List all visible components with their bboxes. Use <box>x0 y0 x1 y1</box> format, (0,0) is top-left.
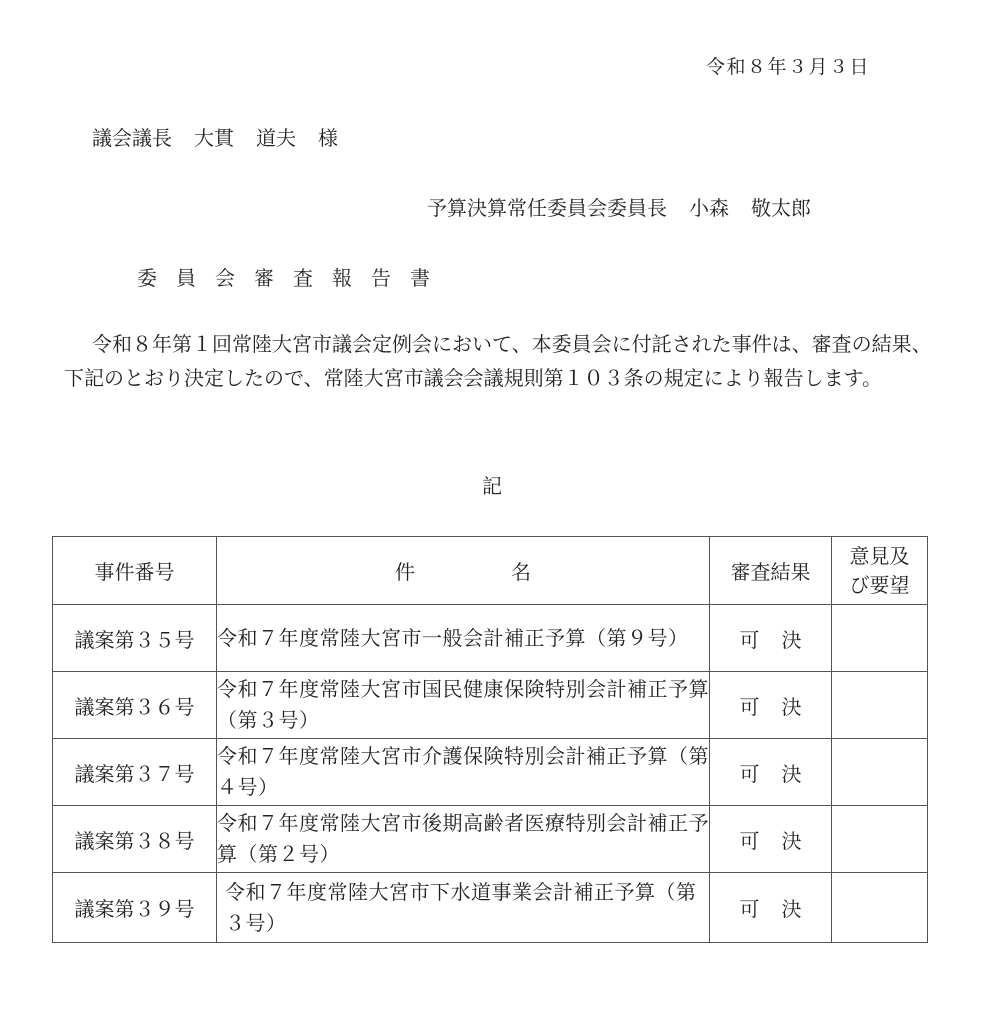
case-result: 可決 <box>710 672 832 739</box>
ki-heading: 記 <box>482 470 502 499</box>
sender-title: 予算決算常任委員会委員長 <box>427 196 667 220</box>
result-char-2: 決 <box>782 897 802 921</box>
case-number: 議案第３５号 <box>53 605 217 672</box>
addressee-title: 議会議長 <box>92 126 172 150</box>
case-subject: 令和７年度常陸大宮市国民健康保険特別会計補正予算（第３号） <box>217 672 710 739</box>
result-char-2: 決 <box>782 695 802 719</box>
case-result: 可決 <box>710 605 832 672</box>
header-subject-right: 名 <box>511 560 531 584</box>
table-row: 議案第３７号 令和７年度常陸大宮市介護保険特別会計補正予算（第４号） 可決 <box>53 739 928 806</box>
result-char-2: 決 <box>782 829 802 853</box>
result-char-1: 可 <box>740 695 760 719</box>
case-opinion <box>832 806 928 873</box>
addressee: 議会議長大貫道夫様 <box>92 122 338 151</box>
result-char-1: 可 <box>740 628 760 652</box>
header-opinion: 意見及 び要望 <box>832 537 928 605</box>
case-result: 可決 <box>710 873 832 943</box>
addressee-honorific: 様 <box>318 126 338 150</box>
result-char-2: 決 <box>782 762 802 786</box>
case-number: 議案第３８号 <box>53 806 217 873</box>
case-number: 議案第３７号 <box>53 739 217 806</box>
table-row: 議案第３５号 令和７年度常陸大宮市一般会計補正予算（第９号） 可決 <box>53 605 928 672</box>
case-subject: 令和７年度常陸大宮市下水道事業会計補正予算（第３号） <box>217 873 710 943</box>
header-opinion-line1: 意見及 <box>832 542 927 571</box>
case-opinion <box>832 739 928 806</box>
report-body: 令和８年第１回常陸大宮市議会定例会において、本委員会に付託された事件は、審査の結… <box>64 327 934 395</box>
table-header-row: 事件番号 件名 審査結果 意見及 び要望 <box>53 537 928 605</box>
case-number: 議案第３９号 <box>53 873 217 943</box>
report-title: 委員会審査報告書 <box>137 262 449 291</box>
table-row: 議案第３８号 令和７年度常陸大宮市後期高齢者医療特別会計補正予算（第２号） 可決 <box>53 806 928 873</box>
result-char-1: 可 <box>740 897 760 921</box>
case-result: 可決 <box>710 739 832 806</box>
case-subject: 令和７年度常陸大宮市一般会計補正予算（第９号） <box>217 605 710 672</box>
sender-surname: 小森 <box>689 196 729 220</box>
header-result: 審査結果 <box>710 537 832 605</box>
header-subject: 件名 <box>217 537 710 605</box>
header-subject-left: 件 <box>395 560 415 584</box>
result-char-1: 可 <box>740 829 760 853</box>
results-table: 事件番号 件名 審査結果 意見及 び要望 議案第３５号 令和７年度常陸大宮市一般… <box>52 536 928 943</box>
case-opinion <box>832 873 928 943</box>
case-opinion <box>832 672 928 739</box>
result-char-2: 決 <box>782 628 802 652</box>
table-row: 議案第３９号 令和７年度常陸大宮市下水道事業会計補正予算（第３号） 可決 <box>53 873 928 943</box>
case-opinion <box>832 605 928 672</box>
case-subject: 令和７年度常陸大宮市介護保険特別会計補正予算（第４号） <box>217 739 710 806</box>
case-number: 議案第３６号 <box>53 672 217 739</box>
addressee-surname: 大貫 <box>194 126 234 150</box>
sender-given-name: 敬太郎 <box>751 196 811 220</box>
report-date: 令和８年３月３日 <box>706 52 870 79</box>
header-case-number: 事件番号 <box>53 537 217 605</box>
table-row: 議案第３６号 令和７年度常陸大宮市国民健康保険特別会計補正予算（第３号） 可決 <box>53 672 928 739</box>
case-result: 可決 <box>710 806 832 873</box>
sender: 予算決算常任委員会委員長小森敬太郎 <box>427 192 811 221</box>
header-opinion-line2: び要望 <box>832 571 927 600</box>
case-subject: 令和７年度常陸大宮市後期高齢者医療特別会計補正予算（第２号） <box>217 806 710 873</box>
addressee-given-name: 道夫 <box>256 126 296 150</box>
result-char-1: 可 <box>740 762 760 786</box>
